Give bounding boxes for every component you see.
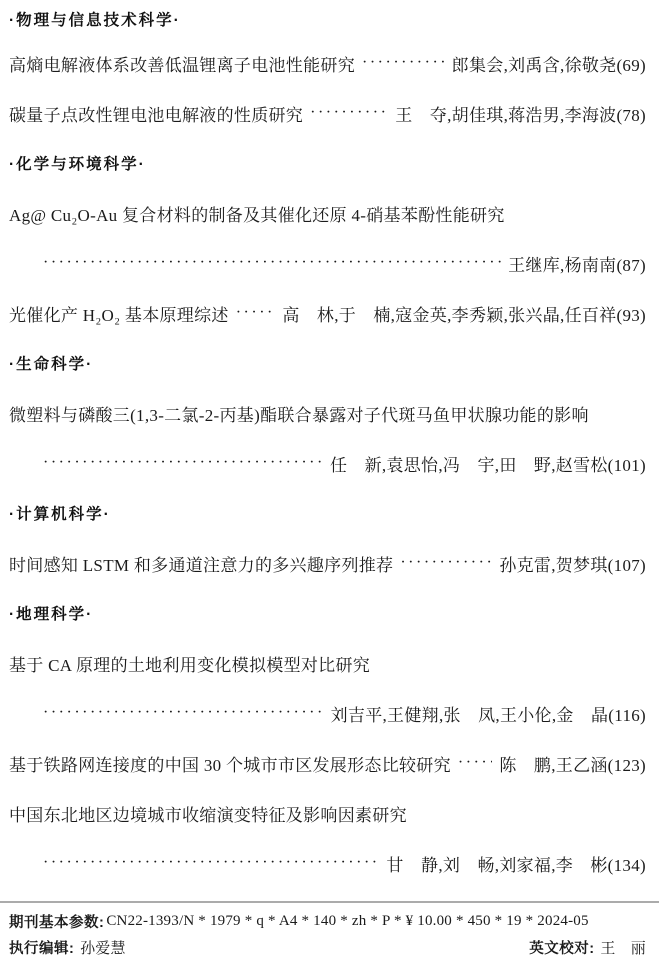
article-title: 基于 CA 原理的土地利用变化模拟模型对比研究	[9, 651, 370, 676]
article-title: 光催化产 H₂O₂ 基本原理综述	[9, 301, 229, 326]
journal-parameters-value: CN22-1393/N * 1979 * q * A4 * 140 * zh *…	[106, 913, 588, 930]
journal-parameters-label: 期刊基本参数:	[9, 911, 104, 932]
article-authors-page: 郎集会,刘禹含,徐敬尧(69)	[452, 51, 646, 76]
article-authors-page: 任 新,袁思怡,冯 宇,田 野,赵雪松(101)	[330, 451, 646, 476]
section-header-computer-science: ·计算机科学·	[9, 488, 646, 538]
dot-leader: ········································…	[310, 104, 388, 122]
article-title: 基于铁路网连接度的中国 30 个城市市区发展形态比较研究	[9, 751, 451, 776]
article-authors-page: 孙克雷,贺梦琪(107)	[499, 551, 646, 576]
dot-leader: ········································…	[362, 54, 445, 72]
english-proofreader-label: 英文校对:	[529, 941, 594, 957]
article-authors-page: 王继库,杨南南(87)	[508, 251, 646, 276]
article-title: Ag@ Cu₂O-Au 复合材料的制备及其催化还原 4-硝基苯酚性能研究	[9, 201, 505, 226]
toc-entry-continuation: ········································…	[9, 688, 646, 738]
section-header-physics: ·物理与信息技术科学·	[9, 0, 646, 38]
toc-entry-title-line: 中国东北地区边境城市收缩演变特征及影响因素研究	[9, 788, 646, 838]
toc-entry-title-line: 基于 CA 原理的土地利用变化模拟模型对比研究	[9, 638, 646, 688]
toc-entry: 时间感知 LSTM 和多通道注意力的多兴趣序列推荐 ··············…	[9, 538, 646, 588]
dot-leader: ········································…	[43, 854, 379, 872]
article-authors-page: 甘 静,刘 畅,刘家福,李 彬(134)	[386, 851, 646, 876]
article-authors-page: 刘吉平,王健翔,张 凤,王小伦,金 晶(116)	[331, 701, 646, 726]
dot-leader: ········································…	[43, 704, 324, 722]
toc-entry-title-line: Ag@ Cu₂O-Au 复合材料的制备及其催化还原 4-硝基苯酚性能研究	[9, 188, 646, 238]
toc-entry-continuation: ········································…	[9, 838, 646, 888]
article-authors-page: 陈 鹏,王乙涵(123)	[499, 751, 646, 776]
english-proofreader: 英文校对: 王 丽	[529, 937, 646, 958]
article-title: 高熵电解液体系改善低温锂离子电池性能研究	[9, 51, 355, 76]
toc-entry: 碳量子点改性锂电池电解液的性质研究 ······················…	[9, 88, 646, 138]
article-title: 中国东北地区边境城市收缩演变特征及影响因素研究	[9, 801, 407, 826]
journal-parameters-line: 期刊基本参数: CN22-1393/N * 1979 * q * A4 * 14…	[9, 908, 646, 934]
executive-editor-name: 孙爱慧	[80, 941, 126, 957]
article-authors-page: 王 夺,胡佳琪,蒋浩男,李海波(78)	[395, 101, 646, 126]
journal-footer: 期刊基本参数: CN22-1393/N * 1979 * q * A4 * 14…	[0, 903, 659, 960]
toc-entry: 高熵电解液体系改善低温锂离子电池性能研究 ···················…	[9, 38, 646, 88]
toc-entry-continuation: ········································…	[9, 238, 646, 288]
toc-entry: 基于铁路网连接度的中国 30 个城市市区发展形态比较研究 ···········…	[9, 738, 646, 788]
dot-leader: ········································…	[43, 254, 501, 272]
dot-leader: ········································…	[236, 304, 276, 322]
dot-leader: ········································…	[458, 754, 492, 772]
article-title: 时间感知 LSTM 和多通道注意力的多兴趣序列推荐	[9, 551, 393, 576]
section-header-life-science: ·生命科学·	[9, 338, 646, 388]
dot-leader: ········································…	[400, 554, 492, 572]
toc-page: ·物理与信息技术科学· 高熵电解液体系改善低温锂离子电池性能研究 ·······…	[0, 0, 659, 973]
article-title: 碳量子点改性锂电池电解液的性质研究	[9, 101, 303, 126]
english-proofreader-name: 王 丽	[600, 941, 646, 957]
section-header-chemistry: ·化学与环境科学·	[9, 138, 646, 188]
dot-leader: ········································…	[43, 454, 323, 472]
toc-entry-title-line: 微塑料与磷酸三(1,3-二氯-2-丙基)酯联合暴露对子代斑马鱼甲状腺功能的影响	[9, 388, 646, 438]
section-header-geography: ·地理科学·	[9, 588, 646, 638]
executive-editor: 执行编辑: 孙爱慧	[9, 937, 126, 958]
article-title: 微塑料与磷酸三(1,3-二氯-2-丙基)酯联合暴露对子代斑马鱼甲状腺功能的影响	[9, 401, 589, 426]
article-authors-page: 高 林,于 楠,寇金英,李秀颖,张兴晶,任百祥(93)	[282, 301, 646, 326]
toc-entry: 光催化产 H₂O₂ 基本原理综述 ·······················…	[9, 288, 646, 338]
toc-list: ·物理与信息技术科学· 高熵电解液体系改善低温锂离子电池性能研究 ·······…	[0, 0, 659, 888]
executive-editor-label: 执行编辑:	[9, 941, 74, 957]
toc-entry-continuation: ········································…	[9, 438, 646, 488]
editors-line: 执行编辑: 孙爱慧 英文校对: 王 丽	[9, 934, 646, 960]
